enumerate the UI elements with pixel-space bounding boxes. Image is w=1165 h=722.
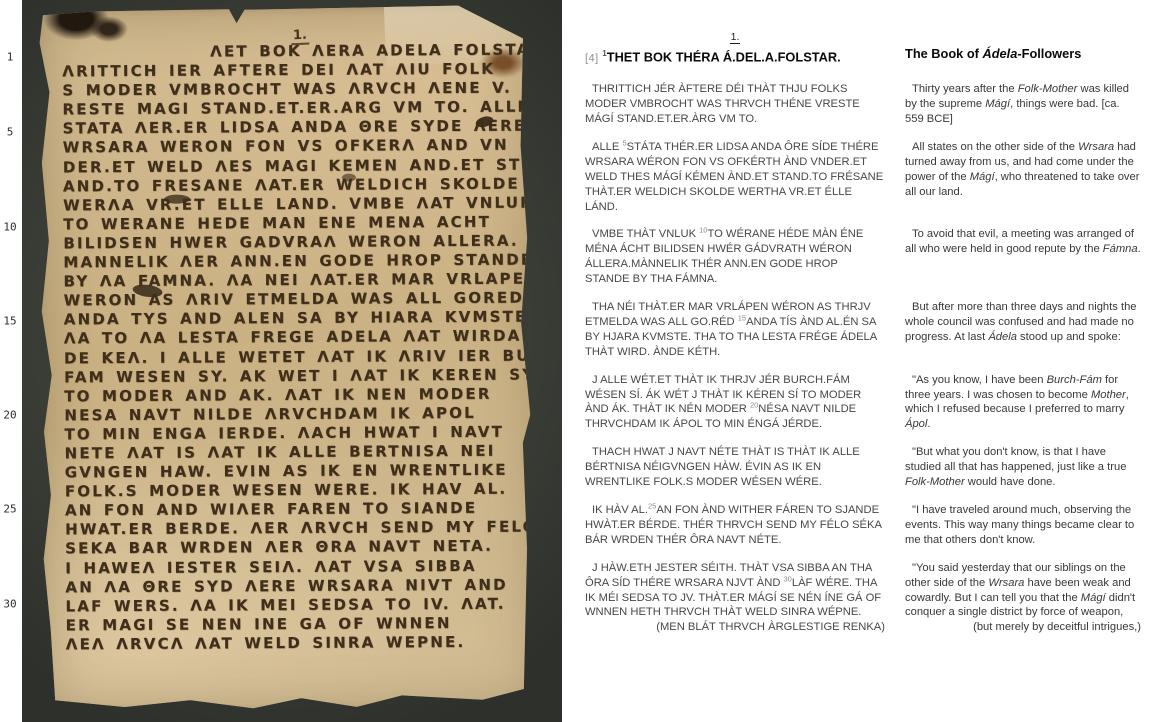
- translation-paragraph: All states on the other side of the Wrsa…: [905, 140, 1141, 215]
- manuscript-text: ΛET BOK ΛERA ADELA FOLSTAR.ΛRITTICH IER …: [62, 40, 540, 654]
- translation-paragraph: "I have traveled around much, observing …: [905, 503, 1141, 548]
- transliteration-paragraph: THA NÉI THÀT.ER MAR VRLÁPEN WÉRON AS THR…: [585, 300, 885, 360]
- transliteration-paragraph: J ALLE WÉT.ET THÀT IK THRJV JÉR BURCH.FÁ…: [585, 373, 885, 433]
- translation-paragraph: But after more than three days and night…: [905, 300, 1141, 360]
- manuscript-line: DER.ET WELD ΛES MAGI KEMEN AND.ET ST: [63, 155, 537, 177]
- manuscript-line: ΛEΛ ΛRVCΛ ΛAT WELD SINRA WEPNE.: [66, 632, 540, 654]
- line-number-gutter: 151015202530: [0, 0, 22, 722]
- line-number: 15: [0, 314, 20, 327]
- page-number-line: 1.: [585, 30, 885, 45]
- translation-paragraph: "As you know, I have been Burch-Fám for …: [905, 373, 1141, 433]
- column-page-number: 1.: [730, 31, 741, 44]
- transliteration-paragraph: VMBE THÀT VNLUK 10TO WÉRANE HÉDE MÀN ÉNE…: [585, 227, 885, 287]
- line-number: 1: [0, 51, 20, 64]
- line-number: 5: [0, 126, 20, 139]
- translation-paragraph: To avoid that evil, a meeting was arrang…: [905, 227, 1141, 287]
- manuscript-paper: 1. ΛET BOK ΛERA ADELA FOLSTAR.ΛRITTICH I…: [35, 4, 543, 714]
- ink-stain-top-left: [43, 0, 117, 49]
- transliteration-paragraph: J HÀW.ETH JESTER SÉITH. THÀT VSA SIBBA A…: [585, 561, 885, 636]
- source-ref: [4]: [585, 52, 599, 64]
- transliteration-paragraph: IK HÀV AL.25AN FON ÀND WITHER FÁREN TO S…: [585, 503, 885, 548]
- manuscript-photo: 1. ΛET BOK ΛERA ADELA FOLSTAR.ΛRITTICH I…: [22, 0, 562, 722]
- line-number: 20: [0, 409, 20, 422]
- manuscript-line: AND.TO FRESANE ΛAT.ER WELDICH SKOLDE: [63, 174, 537, 196]
- transliteration-title-line: [4] 1THET BOK THÉRA Á.DEL.A.FOLSTAR.: [585, 47, 885, 66]
- transliteration-header: 1. [4] 1THET BOK THÉRA Á.DEL.A.FOLSTAR.: [585, 30, 885, 66]
- translation-paragraph: "But what you don't know, is that I have…: [905, 445, 1141, 490]
- manuscript-line: AN ΛA ΘRE SYD ΛERE WRSARA NIVT AND: [65, 575, 539, 597]
- manuscript-line: FAM WESEN SY. AK WET I ΛAT IK KEREN SY: [64, 365, 538, 387]
- ink-stain-top-left-2: [85, 11, 133, 47]
- translation-paragraph: Thirty years after the Folk-Mother was k…: [905, 82, 1141, 127]
- transliteration-note: (MEN BLÁT THRVCH ÀRGLESTIGE RENKA): [585, 620, 885, 635]
- manuscript-line: WRSARA WERON FON VS OFKERΛ AND VN: [63, 136, 537, 158]
- line-number: 10: [0, 220, 20, 233]
- transliteration-paragraph: THRITTICH JÉR ÀFTERE DÉI THÀT THJU FOLKS…: [585, 82, 885, 127]
- manuscript-line: LAF WERS. ΛA IK MEI SEDSA TO IV. ΛAT.: [65, 594, 539, 616]
- translation-paragraph: "You said yesterday that our siblings on…: [905, 561, 1141, 636]
- translation-note: (but merely by deceitful intrigues,): [905, 620, 1141, 635]
- transliteration-paragraph: THACH HWAT J NAVT NÉTE THÀT IS THÀT IK A…: [585, 445, 885, 490]
- translation-header: The Book of Ádela-Followers: [905, 30, 1141, 66]
- manuscript-line: TO MODER AND AK. ΛAT IK NEN MODER: [64, 384, 538, 406]
- transliteration-paragraph: ALLE 5STÁTA THÉR.ER LIDSA ANDA ÔRE SÍDE …: [585, 140, 885, 215]
- manuscript-line: DE KEΛ. I ALLE WETET ΛAT IK ΛRIV IER BUR…: [64, 346, 538, 368]
- manuscript-line: I HAWEΛ IESTER SEIΛ. ΛAT VSA SIBBA: [65, 556, 539, 578]
- manuscript-line: ΛA TO ΛA LESTA FREGE ADELA ΛAT WIRDAN: [64, 327, 538, 349]
- text-columns: 1. [4] 1THET BOK THÉRA Á.DEL.A.FOLSTAR. …: [585, 30, 1141, 648]
- line-number: 30: [0, 597, 20, 610]
- transliteration-title: THET BOK THÉRA Á.DEL.A.FOLSTAR.: [607, 49, 841, 64]
- manuscript-line: SEKA BAR WRDEN ΛER ΘRA NAVT NETA.: [65, 537, 539, 559]
- line-number: 25: [0, 503, 20, 516]
